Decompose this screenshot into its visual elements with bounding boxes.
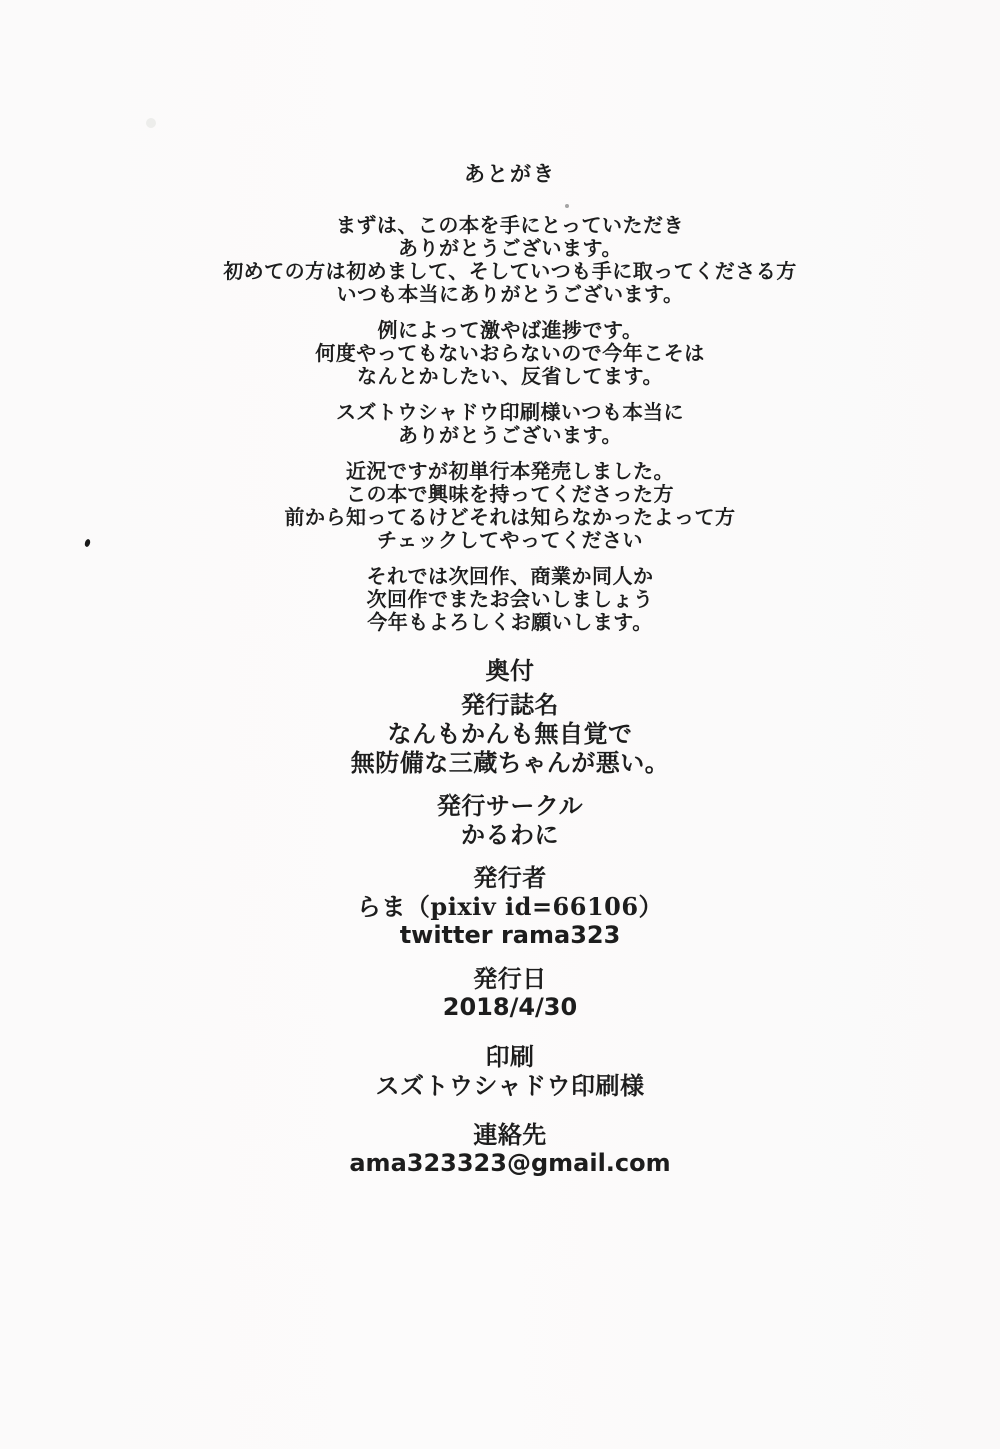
- entry-label: 発行誌名: [20, 690, 1000, 719]
- afterword-paragraph-closing: それでは次回作、商業か同人か 次回作でまたお会いしましょう 今年もよろしくお願い…: [20, 565, 1000, 634]
- page-content: あとがき まずは、この本を手にとっていただき ありがとうございます。 初めての方…: [0, 0, 1000, 1178]
- text-line: 今年もよろしくお願いします。: [20, 611, 1000, 634]
- entry-value-email: ama323323@gmail.com: [20, 1149, 1000, 1178]
- entry-value: なんもかんも無自覚で: [20, 719, 1000, 748]
- colophon-entry-contact: 連絡先 ama323323@gmail.com: [20, 1120, 1000, 1178]
- entry-label: 発行サークル: [20, 791, 1000, 820]
- entry-value: スズトウシャドウ印刷様: [20, 1071, 1000, 1100]
- colophon-entry-publisher: 発行者 らま（pixiv id=66106） twitter rama323: [20, 863, 1000, 950]
- text-line: まずは、この本を手にとっていただき: [20, 214, 1000, 237]
- colophon-entry-circle: 発行サークル かるわに: [20, 791, 1000, 849]
- text-line: この本で興味を持ってくださった方: [20, 483, 1000, 506]
- text-line: 初めての方は初めまして、そしていつも手に取ってくださる方: [20, 260, 1000, 283]
- text-line: いつも本当にありがとうございます。: [20, 283, 1000, 306]
- afterword-paragraph-printer-thanks: スズトウシャドウ印刷様いつも本当に ありがとうございます。: [20, 401, 1000, 447]
- text-line: 前から知ってるけどそれは知らなかったよって方: [20, 506, 1000, 529]
- entry-label: 発行日: [20, 964, 1000, 993]
- entry-value: らま（pixiv id=66106）: [20, 892, 1000, 921]
- colophon-entry-date: 発行日 2018/4/30: [20, 964, 1000, 1022]
- afterword-title: あとがき: [20, 162, 1000, 186]
- entry-value: 無防備な三蔵ちゃんが悪い。: [20, 748, 1000, 777]
- text-line: チェックしてやってください: [20, 529, 1000, 552]
- text-line: 何度やってもないおらないので今年こそは: [20, 342, 1000, 365]
- afterword-paragraph-news: 近況ですが初単行本発売しました。 この本で興味を持ってくださった方 前から知って…: [20, 460, 1000, 552]
- text-line: 次回作でまたお会いしましょう: [20, 588, 1000, 611]
- afterword-paragraph-thanks: まずは、この本を手にとっていただき ありがとうございます。 初めての方は初めまし…: [20, 214, 1000, 306]
- text-line: 近況ですが初単行本発売しました。: [20, 460, 1000, 483]
- text-line: なんとかしたい、反省してます。: [20, 365, 1000, 388]
- entry-value-twitter: twitter rama323: [20, 921, 1000, 950]
- colophon-entry-publication-name: 発行誌名 なんもかんも無自覚で 無防備な三蔵ちゃんが悪い。: [20, 690, 1000, 777]
- entry-value-date: 2018/4/30: [20, 993, 1000, 1022]
- colophon-section: 奥付 発行誌名 なんもかんも無自覚で 無防備な三蔵ちゃんが悪い。 発行サークル …: [20, 656, 1000, 1178]
- scanned-afterword-page: あとがき まずは、この本を手にとっていただき ありがとうございます。 初めての方…: [0, 0, 1000, 1449]
- text-line: スズトウシャドウ印刷様いつも本当に: [20, 401, 1000, 424]
- entry-value: かるわに: [20, 820, 1000, 849]
- text-line: ありがとうございます。: [20, 237, 1000, 260]
- text-line: ありがとうございます。: [20, 424, 1000, 447]
- afterword-paragraph-progress: 例によって激やば進捗です。 何度やってもないおらないので今年こそは なんとかした…: [20, 319, 1000, 388]
- entry-label: 連絡先: [20, 1120, 1000, 1149]
- text-line: それでは次回作、商業か同人か: [20, 565, 1000, 588]
- text-line: 例によって激やば進捗です。: [20, 319, 1000, 342]
- colophon-title: 奥付: [20, 656, 1000, 685]
- entry-label: 発行者: [20, 863, 1000, 892]
- colophon-entry-printer: 印刷 スズトウシャドウ印刷様: [20, 1042, 1000, 1100]
- entry-label: 印刷: [20, 1042, 1000, 1071]
